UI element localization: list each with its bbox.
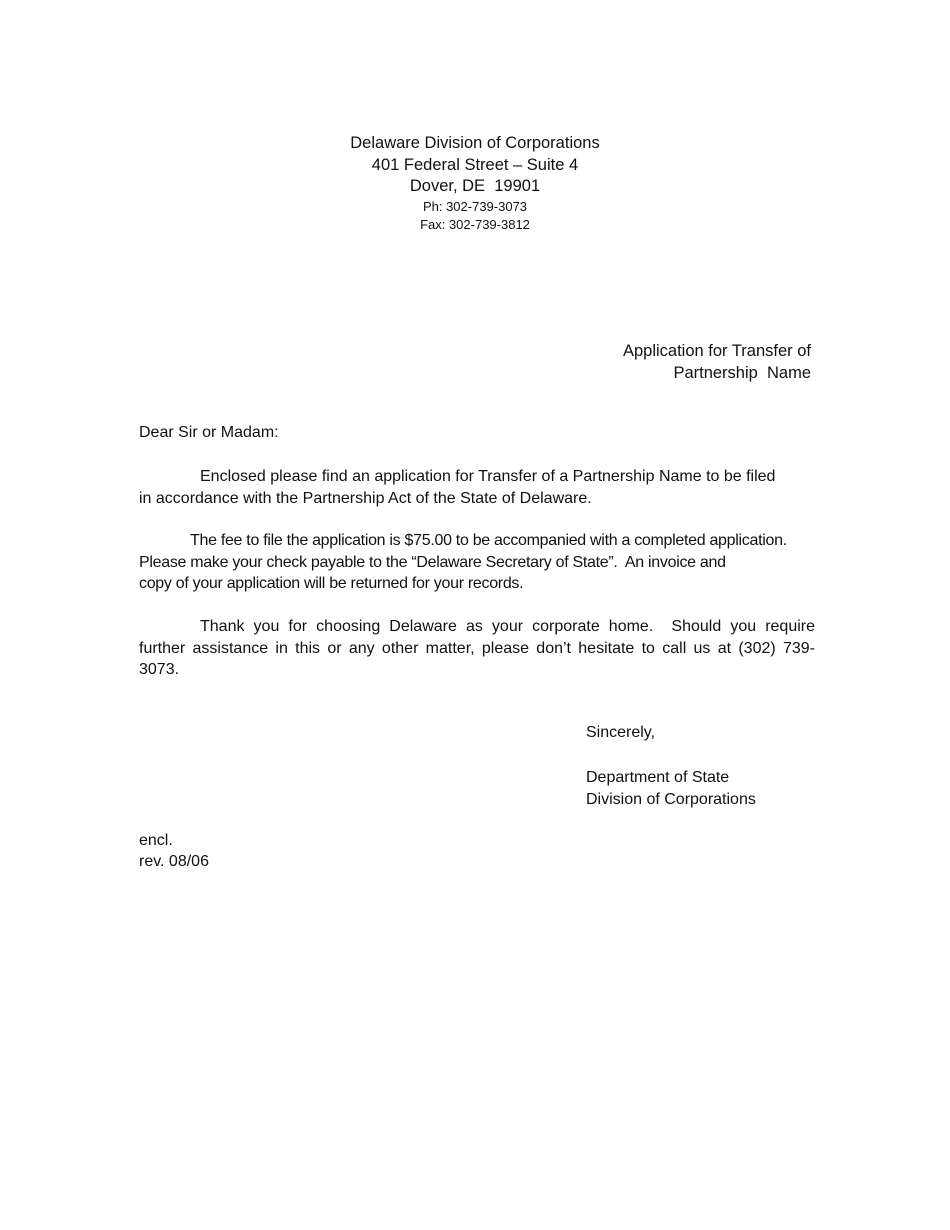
subject-line-2: Partnership Name bbox=[139, 363, 811, 385]
footer-block: encl. rev. 08/06 bbox=[139, 831, 209, 872]
letterhead-org-name: Delaware Division of Corporations bbox=[0, 133, 950, 155]
revision-note: rev. 08/06 bbox=[139, 852, 209, 873]
signature-department: Department of State bbox=[586, 767, 756, 789]
letterhead-city-state-zip: Dover, DE 19901 bbox=[0, 176, 950, 198]
paragraph-3-line-1: Thank you for choosing Delaware as your … bbox=[139, 616, 815, 638]
paragraph-3-line-2: further assistance in this or any other … bbox=[139, 638, 815, 660]
letterhead: Delaware Division of Corporations 401 Fe… bbox=[0, 133, 950, 235]
paragraph-1-line-2: in accordance with the Partnership Act o… bbox=[139, 488, 829, 510]
letter-page: Delaware Division of Corporations 401 Fe… bbox=[0, 0, 950, 1230]
letterhead-phone: Ph: 302-739-3073 bbox=[0, 198, 950, 217]
paragraph-2-line-2: Please make your check payable to the “D… bbox=[139, 552, 869, 574]
signature-block: Department of State Division of Corporat… bbox=[586, 767, 756, 810]
paragraph-2-line-3: copy of your application will be returne… bbox=[139, 573, 869, 595]
paragraph-thank-you: Thank you for choosing Delaware as your … bbox=[139, 616, 815, 681]
closing-sincerely: Sincerely, bbox=[586, 724, 655, 742]
paragraph-1-line-1: Enclosed please find an application for … bbox=[139, 466, 829, 488]
letterhead-street: 401 Federal Street – Suite 4 bbox=[0, 155, 950, 177]
enclosure-note: encl. bbox=[139, 831, 209, 852]
paragraph-fee: The fee to file the application is $75.0… bbox=[139, 530, 869, 595]
subject-block: Application for Transfer of Partnership … bbox=[139, 341, 811, 384]
subject-line-1: Application for Transfer of bbox=[139, 341, 811, 363]
salutation: Dear Sir or Madam: bbox=[139, 424, 279, 442]
signature-division: Division of Corporations bbox=[586, 789, 756, 811]
paragraph-3-line-3: 3073. bbox=[139, 659, 815, 681]
paragraph-enclosed: Enclosed please find an application for … bbox=[139, 466, 829, 509]
paragraph-2-line-1: The fee to file the application is $75.0… bbox=[139, 530, 869, 552]
letterhead-fax: Fax: 302-739-3812 bbox=[0, 216, 950, 235]
